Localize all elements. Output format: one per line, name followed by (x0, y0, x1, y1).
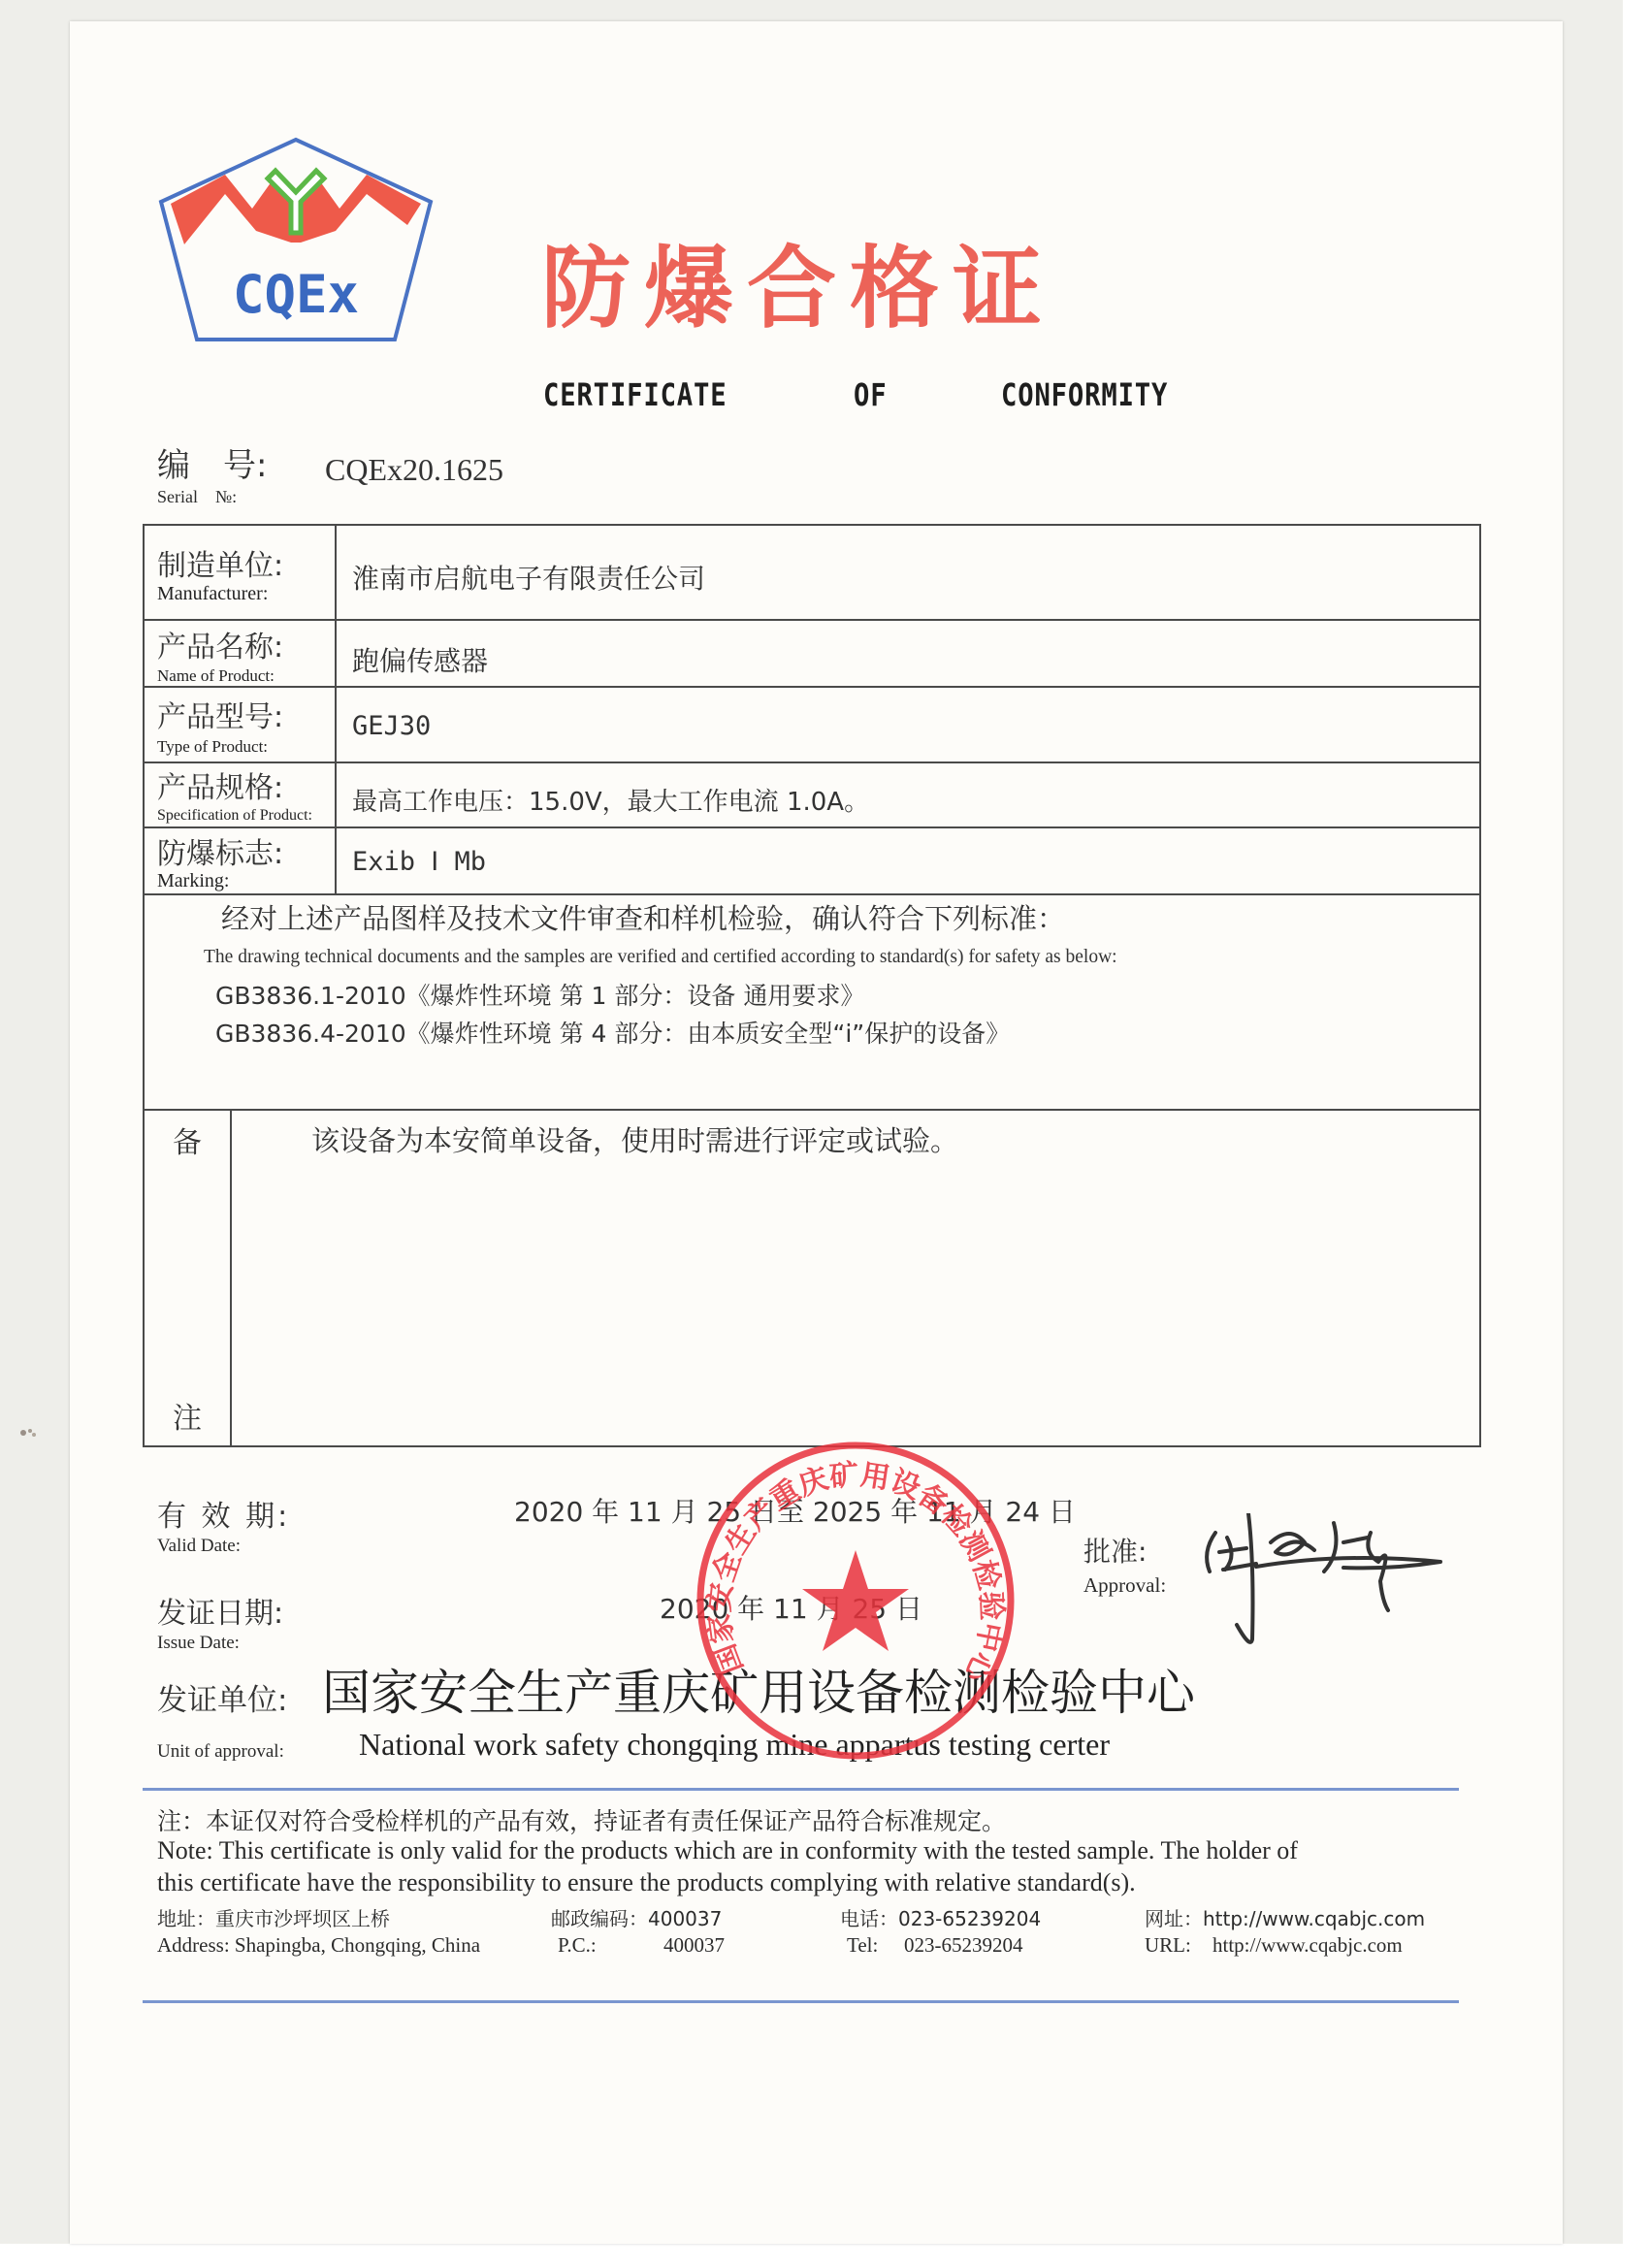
issuer-name-en: National work safety chongqing mine appa… (359, 1727, 1110, 1763)
valid-date-value: 2020 年 11 月 25 日至 2025 年 11 月 24 日 (514, 1491, 1076, 1530)
valid-date-label-en: Valid Date: (157, 1536, 241, 1557)
row-label-cn: 产品规格: (157, 763, 283, 806)
title-en-certificate: CERTIFICATE (543, 376, 727, 413)
footer-note-en-line1: Note: This certificate is only valid for… (157, 1836, 1298, 1865)
issuer-name-cn: 国家安全生产重庆矿用设备检测检验中心 (322, 1654, 1195, 1724)
issue-date-label-en: Issue Date: (157, 1633, 240, 1654)
issuer-label-cn: 发证单位: (157, 1675, 287, 1719)
standard-item: GB3836.1-2010《爆炸性环境 第 1 部分：设备 通用要求》 (215, 977, 864, 1012)
approval-signature (1198, 1513, 1460, 1649)
svg-text:CQEx: CQEx (233, 264, 359, 325)
issue-date-label-cn: 发证日期: (157, 1589, 283, 1632)
standard-item: GB3836.4-2010《爆炸性环境 第 4 部分：由本质安全型“i”保护的设… (215, 1015, 1010, 1050)
approval-label-en: Approval: (1083, 1573, 1166, 1598)
remarks-label-top: 备 (173, 1118, 202, 1161)
table-divider (143, 826, 1481, 828)
remarks-column-divider (230, 1109, 232, 1446)
table-divider (143, 1109, 1481, 1111)
standards-intro-cn: 经对上述产品图样及技术文件审查和样机检验，确认符合下列标准： (221, 897, 1065, 937)
tel-en-label: Tel: (847, 1933, 878, 1958)
title-en-of: OF (854, 376, 887, 413)
row-label-cn: 制造单位: (157, 541, 283, 584)
row-label-en: Marking: (157, 870, 229, 892)
address-cn: 地址：重庆市沙坪坝区上桥 (157, 1903, 390, 1931)
footer-divider-top (143, 1788, 1459, 1791)
postcode-en-label: P.C.: (558, 1933, 597, 1958)
standards-intro-en: The drawing technical documents and the … (204, 947, 1117, 968)
table-border-top (143, 524, 1481, 526)
marking-value: Exib Ⅰ Mb (352, 847, 486, 877)
footer-divider-bottom (143, 2000, 1459, 2003)
address-en: Address: Shapingba, Chongqing, China (157, 1933, 480, 1958)
serial-label-en: Serial №: (157, 483, 237, 508)
table-border-bottom (143, 1445, 1481, 1447)
serial-number: CQEx20.1625 (325, 452, 503, 488)
remarks-label-bottom: 注 (173, 1394, 202, 1437)
postcode-en-value: 400037 (663, 1933, 725, 1958)
url-en-label: URL: (1145, 1933, 1191, 1958)
issuer-label-en: Unit of approval: (157, 1741, 284, 1763)
approval-label-cn: 批准: (1083, 1531, 1147, 1570)
table-divider (143, 619, 1481, 621)
cqex-logo-icon: CQEx (155, 136, 436, 344)
row-label-en: Specification of Product: (157, 807, 312, 825)
row-label-cn: 产品型号: (157, 693, 283, 735)
product-type-value: GEJ30 (352, 711, 431, 741)
tel-cn: 电话：023-65239204 (840, 1903, 1041, 1931)
title-chinese: 防爆合格证 (541, 241, 1055, 338)
footer-note-en-line2: this certificate have the responsibility… (157, 1868, 1136, 1897)
valid-date-label-cn: 有 效 期: (157, 1492, 290, 1535)
serial-label-cn: 编 号: (157, 438, 267, 486)
row-label-en: Name of Product: (157, 666, 275, 686)
product-name-value: 跑偏传感器 (352, 640, 488, 679)
row-label-en: Type of Product: (157, 737, 268, 757)
tel-en-value: 023-65239204 (904, 1933, 1023, 1958)
specification-value: 最高工作电压：15.0V，最大工作电流 1.0A。 (352, 782, 869, 818)
table-divider (143, 761, 1481, 763)
row-label-cn: 防爆标志: (157, 829, 283, 872)
issue-date-value: 2020 年 11 月 25 日 (660, 1588, 922, 1627)
footer-note-cn: 注：本证仅对符合受检样机的产品有效，持证者有责任保证产品符合标准规定。 (157, 1802, 1006, 1837)
manufacturer-value: 淮南市启航电子有限责任公司 (352, 558, 705, 597)
remarks-text: 该设备为本安简单设备，使用时需进行评定或试验。 (311, 1119, 958, 1159)
url-en-value: http://www.cqabjc.com (1212, 1933, 1403, 1958)
url-cn: 网址：http://www.cqabjc.com (1145, 1903, 1425, 1931)
table-divider (143, 686, 1481, 688)
table-label-column-divider (335, 524, 337, 894)
table-divider (143, 893, 1481, 895)
postcode-cn: 邮政编码：400037 (551, 1903, 722, 1931)
row-label-cn: 产品名称: (157, 623, 283, 665)
table-border-right (1479, 524, 1481, 1447)
table-border-left (143, 524, 145, 1447)
scan-smudge-mark (17, 1426, 39, 1440)
row-label-en: Manufacturer: (157, 583, 268, 605)
title-en-conformity: CONFORMITY (1001, 376, 1168, 413)
